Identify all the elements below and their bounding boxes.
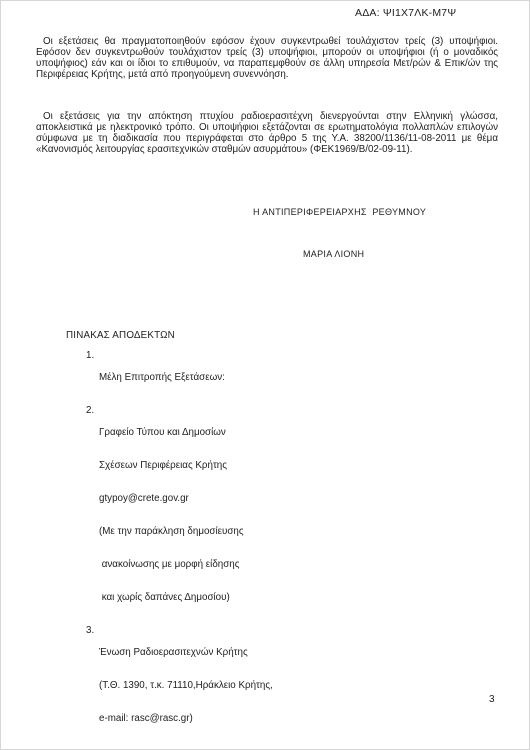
recipients-table-heading: ΠΙΝΑΚΑΣ ΑΠΟΔΕΚΤΩΝ [66,330,175,341]
recipient-line: (Τ.Θ. 1390, τ.κ. 71110,Ηράκλειο Κρήτης, [99,680,273,691]
paragraph-exam-minimum-candidates: Οι εξετάσεις θα πραγματοποιηθούν εφόσον … [36,36,498,80]
signatory-name: ΜΑΡΙΑ ΛΙΟΝΗ [303,249,364,259]
recipient-line: Γραφείο Τύπου και Δημοσίων [99,427,244,438]
recipient-email: e-mail: rasc@rasc.gr) [99,713,273,724]
list-item: 2. Γραφείο Τύπου και Δημοσίων Σχέσεων Πε… [86,405,273,625]
recipient-line: (Με την παράκληση δημοσίευσης [99,526,244,537]
document-page: ΑΔΑ: ΨΙ1Χ7ΛΚ-Μ7Ψ Οι εξετάσεις θα πραγματ… [0,0,530,750]
list-item-number: 3. [86,625,99,636]
list-item-text: Γραφείο Τύπου και Δημοσίων Σχέσεων Περιφ… [99,405,244,625]
signatory-title: Η ΑΝΤΙΠΕΡΙΦΕΡΕΙΑΡΧΗΣ ΡΕΘΥΜΝΟΥ [253,207,426,217]
list-item-text: Μέλη Επιτροπής Εξετάσεων: [99,350,225,405]
recipient-line: και χωρίς δαπάνες Δημοσίου) [99,592,244,603]
list-item: 3. Ένωση Ραδιοερασιτεχνών Κρήτης (Τ.Θ. 1… [86,625,273,746]
list-item-number: 1. [86,350,99,361]
recipient-line: Ένωση Ραδιοερασιτεχνών Κρήτης [99,647,273,658]
paragraph-exam-procedure: Οι εξετάσεις για την απόκτηση πτυχίου ρα… [36,111,498,155]
list-item-text: Ένωση Ραδιοερασιτεχνών Κρήτης (Τ.Θ. 1390… [99,625,273,746]
recipient-line: ανακοίνωσης με μορφή είδησης [99,559,244,570]
list-item-number: 2. [86,405,99,416]
ada-code: ΑΔΑ: ΨΙ1Χ7ΛΚ-Μ7Ψ [355,7,456,19]
recipient-email: gtypoy@crete.gov.gr [99,493,244,504]
recipients-list: 1. Μέλη Επιτροπής Εξετάσεων: 2. Γραφείο … [86,350,273,746]
page-number: 3 [489,694,495,705]
recipient-line: Μέλη Επιτροπής Εξετάσεων: [99,372,225,383]
recipient-line: Σχέσεων Περιφέρειας Κρήτης [99,460,244,471]
list-item: 1. Μέλη Επιτροπής Εξετάσεων: [86,350,273,405]
